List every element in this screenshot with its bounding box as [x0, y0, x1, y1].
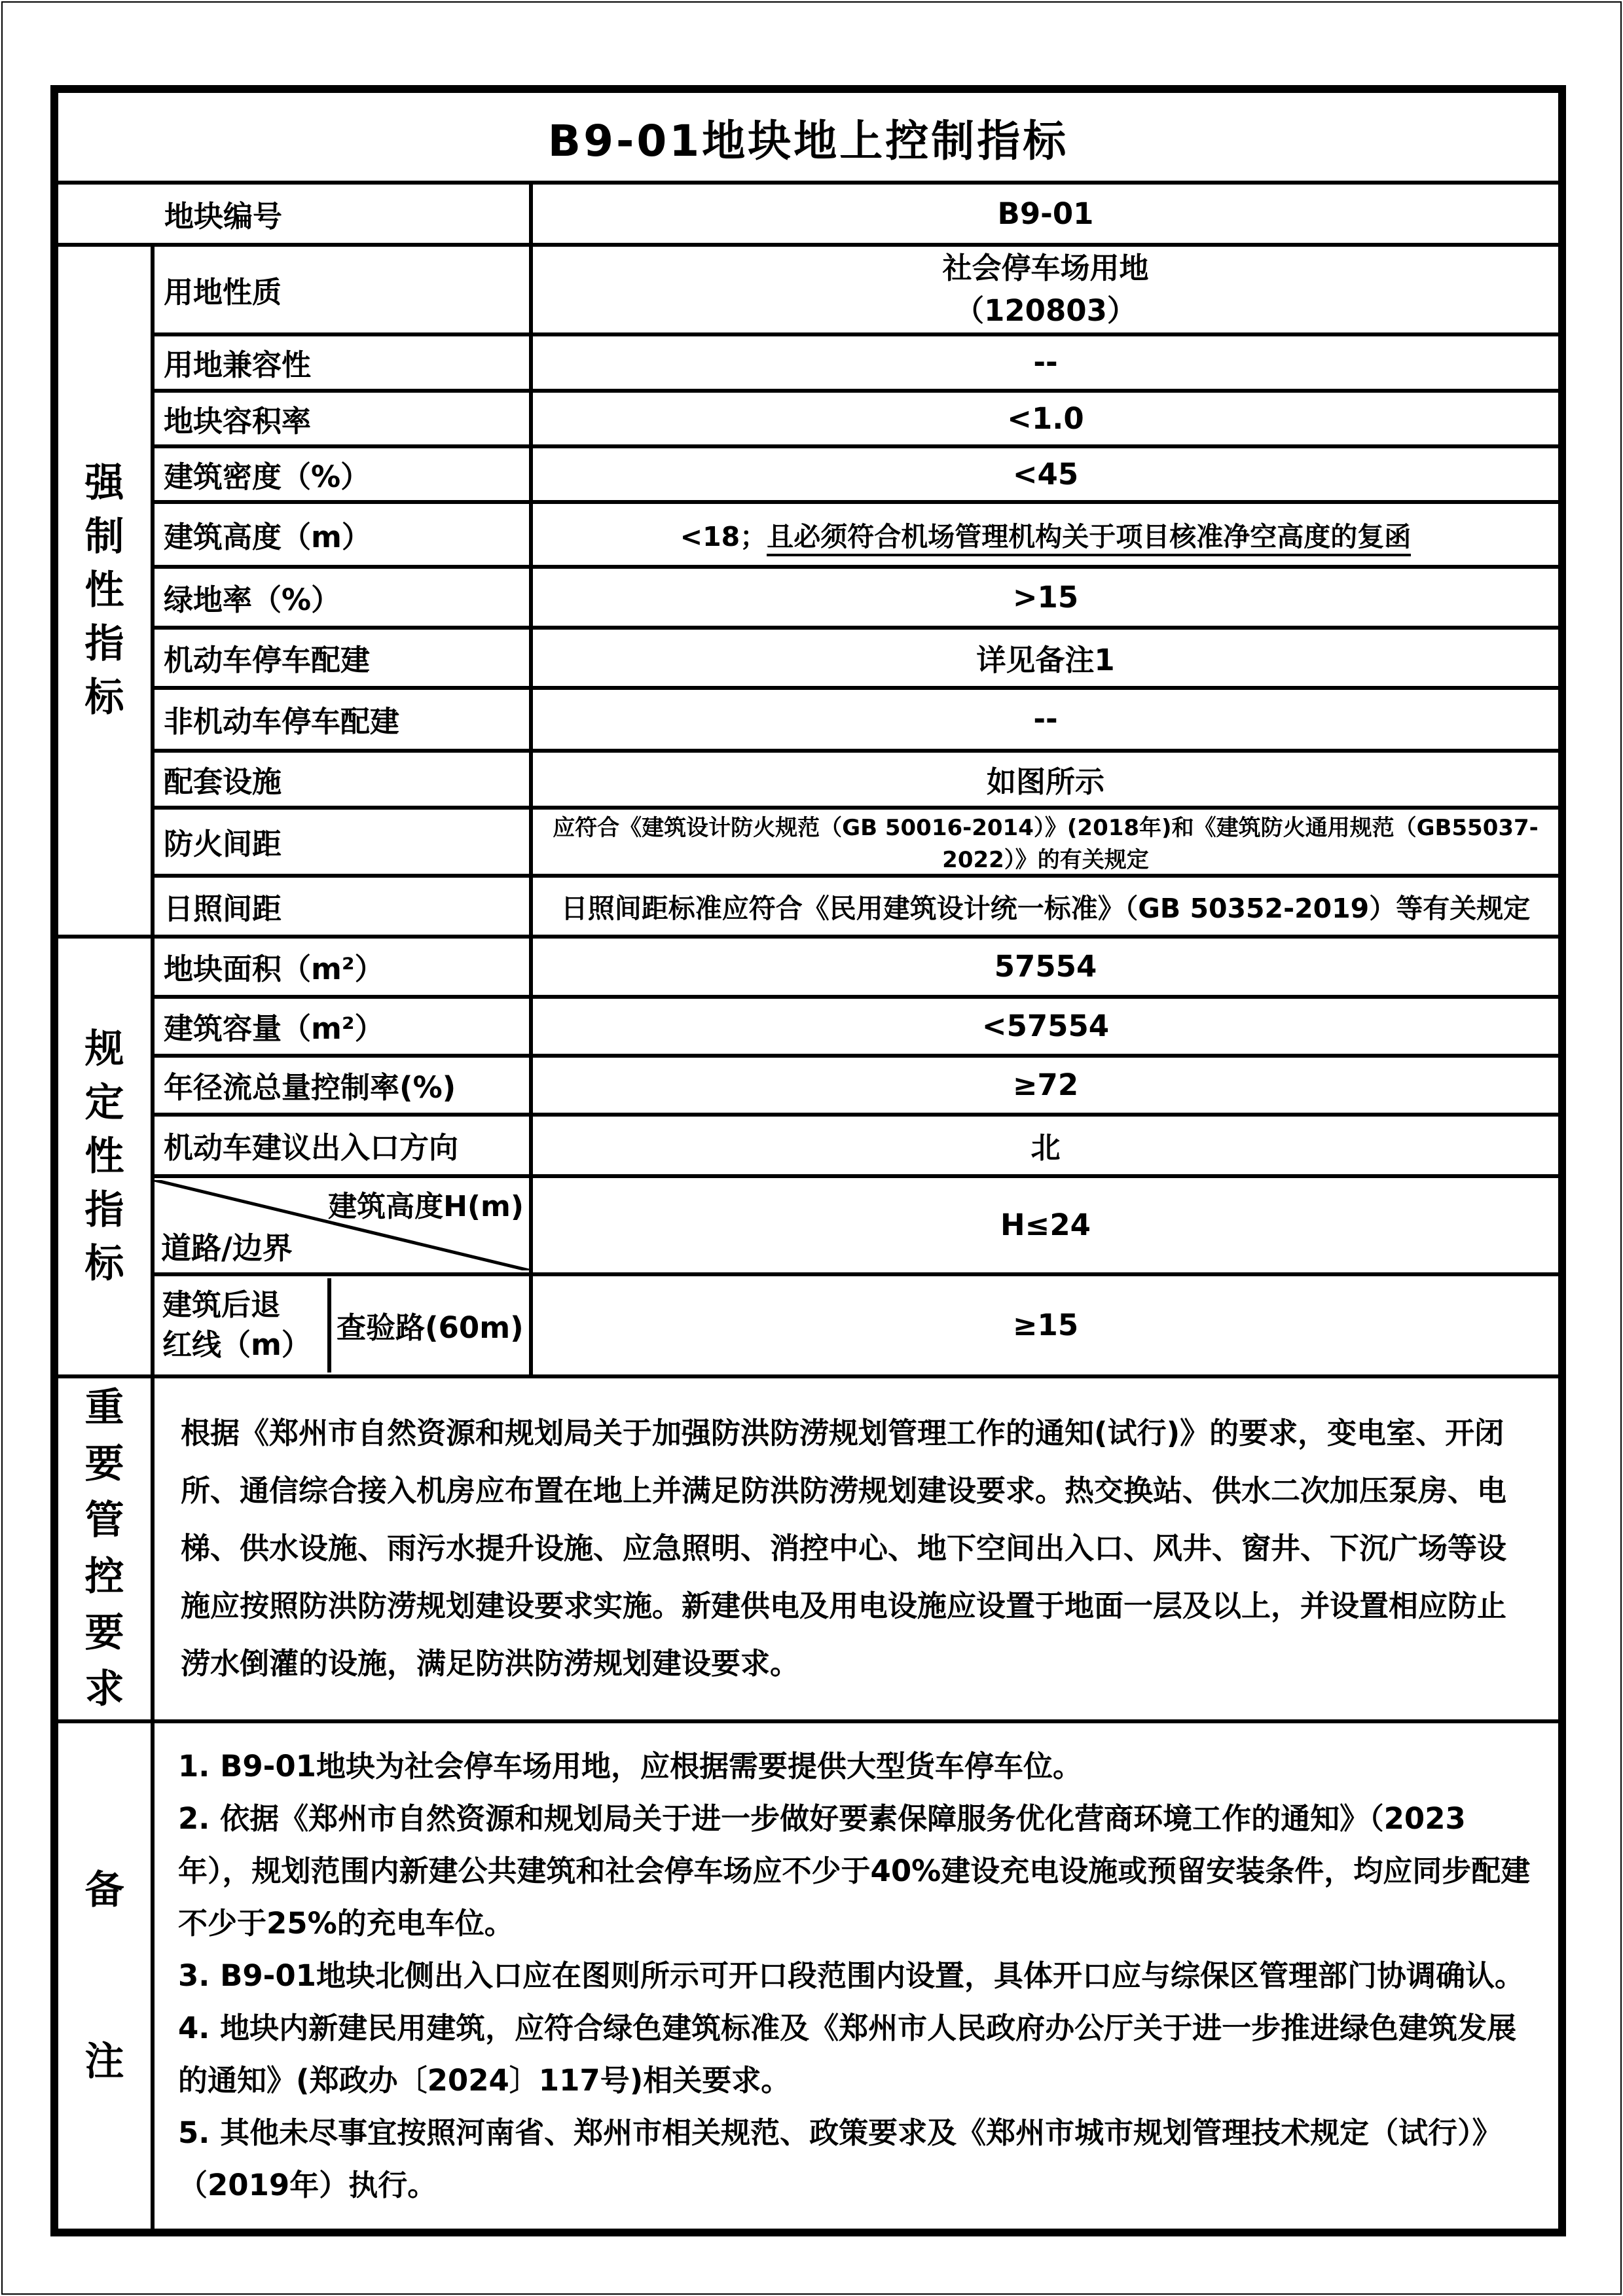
group-header-control-requirements: 重 要 管 控 要 求 [54, 1376, 153, 1721]
title-row: B9-01地块地上控制指标 [54, 89, 1562, 183]
building-capacity-label: 建筑容量（m²） [153, 997, 531, 1056]
building-density-label: 建筑密度（%） [153, 446, 531, 502]
note-item-1: 1. B9-01地块为社会停车场用地，应根据需要提供大型货车停车位。 [178, 1740, 1535, 1793]
building-height-value-underlined: 且必须符合机场管理机构关于项目核准净空高度的复函 [767, 521, 1411, 556]
table-row: 规 定 性 指 标 地块面积（m²） 57554 [54, 937, 1562, 997]
matrix-corner-cell: 建筑高度H(m) 道路/边界 [153, 1176, 531, 1274]
table-row: 日照间距 日照间距标准应符合《民用建筑设计统一标准》（GB 50352-2019… [54, 876, 1562, 937]
motor-parking-label: 机动车停车配建 [153, 628, 531, 688]
supporting-facilities-label: 配套设施 [153, 751, 531, 808]
table-row: 防火间距 应符合《建筑设计防火规范（GB 50016-2014）》(2018年)… [54, 808, 1562, 876]
notes-cell: 1. B9-01地块为社会停车场用地，应根据需要提供大型货车停车位。 2. 依据… [153, 1721, 1562, 2233]
note-item-5: 5. 其他未尽事宜按照河南省、郑州市相关规范、政策要求及《郑州市城市规划管理技术… [178, 2107, 1535, 2212]
building-density-value: <45 [531, 446, 1562, 502]
table-row: 用地兼容性 -- [54, 334, 1562, 391]
control-requirements-paragraph: 根据《郑州市自然资源和规划局关于加强防洪防涝规划管理工作的通知(试行)》的要求，… [153, 1376, 1562, 1721]
table-row: 备 注 1. B9-01地块为社会停车场用地，应根据需要提供大型货车停车位。 2… [54, 1721, 1562, 2233]
note-item-4: 4. 地块内新建民用建筑，应符合绿色建筑标准及《郑州市人民政府办公厅关于进一步推… [178, 2002, 1535, 2107]
setback-value: ≥15 [531, 1274, 1562, 1376]
group-header-notes: 备 注 [54, 1721, 153, 2233]
table-row: 强 制 性 指 标 用地性质 社会停车场用地 （120803） [54, 245, 1562, 334]
table-row: 建筑后退 红线（m） 查验路(60m) ≥15 [54, 1274, 1562, 1376]
plot-area-value: 57554 [531, 937, 1562, 997]
plot-area-label: 地块面积（m²） [153, 937, 531, 997]
plot-ratio-value: <1.0 [531, 391, 1562, 446]
table-row: 建筑容量（m²） <57554 [54, 997, 1562, 1056]
group-header-mandatory: 强 制 性 指 标 [54, 245, 153, 937]
building-capacity-value: <57554 [531, 997, 1562, 1056]
green-ratio-value: >15 [531, 567, 1562, 628]
runoff-control-label: 年径流总量控制率(%) [153, 1056, 531, 1115]
table-row: 建筑高度H(m) 道路/边界 H≤24 [54, 1176, 1562, 1274]
fire-separation-label: 防火间距 [153, 808, 531, 876]
table-row: 地块编号 B9-01 [54, 183, 1562, 245]
plot-number-value: B9-01 [531, 183, 1562, 245]
non-motor-parking-label: 非机动车停车配建 [153, 688, 531, 751]
building-height-label: 建筑高度（m） [153, 502, 531, 567]
building-height-value: <18；且必须符合机场管理机构关于项目核准净空高度的复函 [531, 502, 1562, 567]
land-use-value: 社会停车场用地 （120803） [531, 245, 1562, 334]
matrix-corner-bottom-label: 道路/边界 [161, 1225, 293, 1268]
non-motor-parking-value: -- [531, 688, 1562, 751]
table-row: 地块容积率 <1.0 [54, 391, 1562, 446]
table-row: 重 要 管 控 要 求 根据《郑州市自然资源和规划局关于加强防洪防涝规划管理工作… [54, 1376, 1562, 1721]
setback-redline-label: 建筑后退 红线（m） [155, 1278, 331, 1372]
group-header-prescriptive: 规 定 性 指 标 [54, 937, 153, 1376]
land-use-label: 用地性质 [153, 245, 531, 334]
setback-road-label: 查验路(60m) [331, 1278, 529, 1372]
control-indicators-table: B9-01地块地上控制指标 地块编号 B9-01 强 制 性 指 标 用地性质 … [50, 85, 1566, 2236]
vehicle-entrance-label: 机动车建议出入口方向 [153, 1115, 531, 1176]
note-item-2: 2. 依据《郑州市自然资源和规划局关于进一步做好要素保障服务优化营商环境工作的通… [178, 1793, 1535, 1950]
table-row: 建筑密度（%） <45 [54, 446, 1562, 502]
vehicle-entrance-value: 北 [531, 1115, 1562, 1176]
table-row: 非机动车停车配建 -- [54, 688, 1562, 751]
sunlight-spacing-value: 日照间距标准应符合《民用建筑设计统一标准》（GB 50352-2019）等有关规… [531, 876, 1562, 937]
land-compatibility-label: 用地兼容性 [153, 334, 531, 391]
note-item-3: 3. B9-01地块北侧出入口应在图则所示可开口段范围内设置，具体开口应与综保区… [178, 1950, 1535, 2002]
setback-cell: 建筑后退 红线（m） 查验路(60m) [153, 1274, 531, 1376]
plot-number-label: 地块编号 [54, 183, 531, 245]
table-row: 机动车建议出入口方向 北 [54, 1115, 1562, 1176]
table-row: 配套设施 如图所示 [54, 751, 1562, 808]
table-title: B9-01地块地上控制指标 [54, 89, 1562, 183]
fire-separation-value: 应符合《建筑设计防火规范（GB 50016-2014）》(2018年)和《建筑防… [531, 808, 1562, 876]
supporting-facilities-value: 如图所示 [531, 751, 1562, 808]
table-row: 年径流总量控制率(%) ≥72 [54, 1056, 1562, 1115]
building-height-value-prefix: <18； [680, 521, 767, 552]
document-page: B9-01地块地上控制指标 地块编号 B9-01 强 制 性 指 标 用地性质 … [0, 0, 1623, 2296]
table-row: 绿地率（%） >15 [54, 567, 1562, 628]
matrix-corner-top-label: 建筑高度H(m) [328, 1183, 524, 1225]
table-row: 建筑高度（m） <18；且必须符合机场管理机构关于项目核准净空高度的复函 [54, 502, 1562, 567]
plot-ratio-label: 地块容积率 [153, 391, 531, 446]
green-ratio-label: 绿地率（%） [153, 567, 531, 628]
land-compatibility-value: -- [531, 334, 1562, 391]
table-row: 机动车停车配建 详见备注1 [54, 628, 1562, 688]
motor-parking-value: 详见备注1 [531, 628, 1562, 688]
runoff-control-value: ≥72 [531, 1056, 1562, 1115]
matrix-row-value: H≤24 [531, 1176, 1562, 1274]
sunlight-spacing-label: 日照间距 [153, 876, 531, 937]
